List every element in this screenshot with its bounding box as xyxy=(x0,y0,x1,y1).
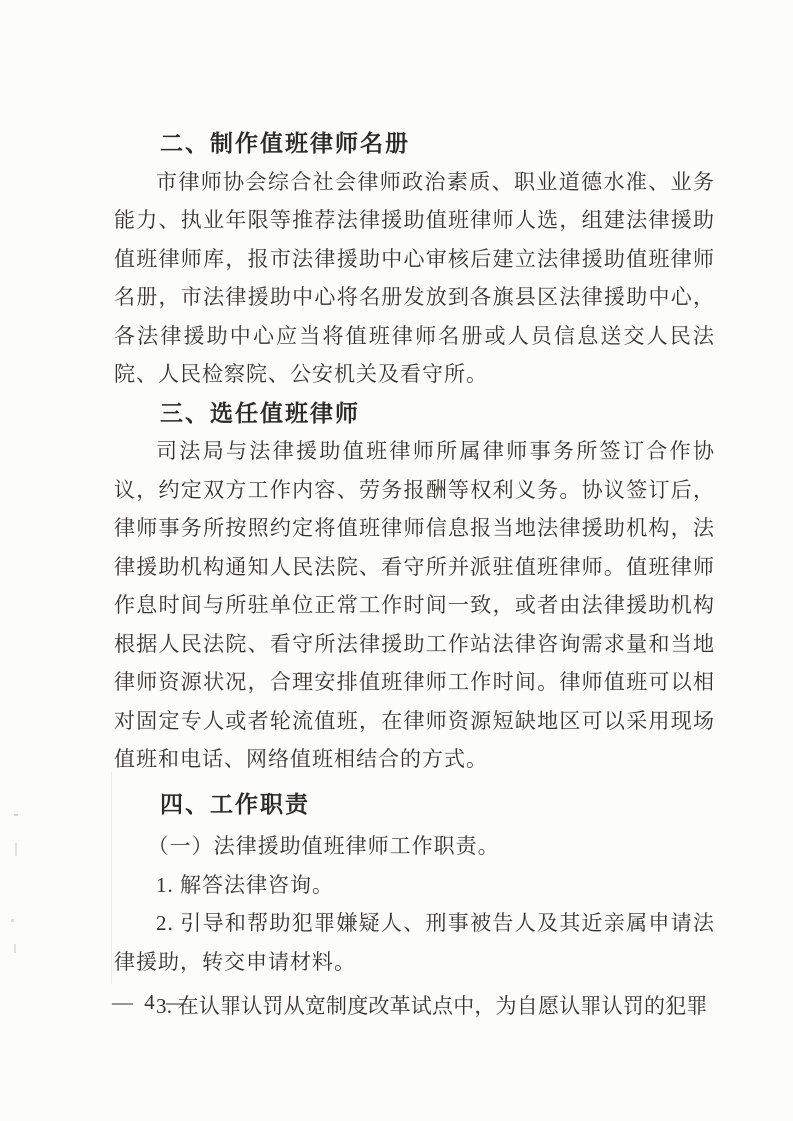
duty-item-3-truncated: 3. 在认罪认罚从宽制度改革试点中，为自愿认罪认罚的犯罪 xyxy=(114,987,715,1026)
subsection-heading-duty-lawyer-duties: （一）法律援助值班律师工作职责。 xyxy=(114,827,715,866)
scan-artifact xyxy=(11,919,14,922)
scan-artifact xyxy=(14,814,18,816)
scan-streak-artifact xyxy=(111,772,112,984)
section-heading-duties: 四、工作职责 xyxy=(114,785,715,824)
document-content: 二、制作值班律师名册 市律师协会综合社会律师政治素质、职业道德水准、业务能力、执… xyxy=(114,124,715,1026)
section-heading-selection: 三、选任值班律师 xyxy=(114,394,715,433)
paragraph-roster-creation: 市律师协会综合社会律师政治素质、职业道德水准、业务能力、执业年限等推荐法律援助值… xyxy=(114,163,715,394)
scan-artifact xyxy=(14,944,16,953)
document-page: 二、制作值班律师名册 市律师协会综合社会律师政治素质、职业道德水准、业务能力、执… xyxy=(0,0,793,1121)
section-heading-roster: 二、制作值班律师名册 xyxy=(114,124,715,163)
duty-item-2: 2. 引导和帮助犯罪嫌疑人、刑事被告人及其近亲属申请法律援助，转交申请材料。 xyxy=(114,904,715,981)
scan-artifact xyxy=(15,843,17,856)
duty-item-1: 1. 解答法律咨询。 xyxy=(114,866,715,905)
page-number: — 4 — xyxy=(112,990,190,1015)
paragraph-lawyer-selection: 司法局与法律援助值班律师所属律师事务所签订合作协议，约定双方工作内容、劳务报酬等… xyxy=(114,432,715,779)
